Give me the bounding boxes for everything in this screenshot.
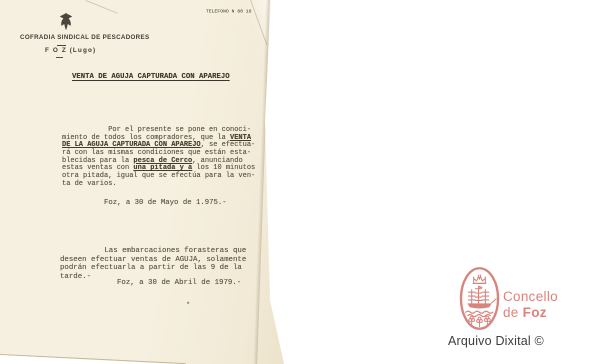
watermark-org-name: Concello de Foz bbox=[503, 289, 558, 321]
eagle-crest-icon bbox=[59, 11, 73, 32]
notice-paragraph-1: Por el presente se pone en conoci-miento… bbox=[62, 127, 255, 188]
letterhead-phone: TELEFONO N 80 18 bbox=[206, 9, 252, 14]
paper-crease bbox=[86, 0, 118, 14]
paper-edge bbox=[253, 0, 270, 364]
paper-edge bbox=[0, 354, 186, 364]
letterhead-divider bbox=[57, 45, 66, 46]
watermark-line2-prefix: de bbox=[503, 305, 523, 320]
archive-scan-view: COFRADIA SINDICAL DE PESCADORES F O Z (L… bbox=[0, 0, 600, 364]
trees-icon bbox=[469, 316, 490, 327]
date-line-1979: Foz, a 30 de Abril de 1979.- bbox=[117, 279, 241, 287]
watermark-line1: Concello bbox=[503, 289, 558, 304]
letterhead-underline bbox=[56, 57, 63, 58]
concello-de-foz-badge-icon bbox=[459, 266, 500, 331]
watermark-line2-bold: Foz bbox=[523, 305, 547, 320]
notice-paragraph-2: Las embarcaciones forasteras quedeseen e… bbox=[60, 247, 246, 281]
letterhead-place: F O Z (Lugo) bbox=[45, 47, 96, 54]
waves-icon bbox=[466, 311, 493, 317]
document-page: COFRADIA SINDICAL DE PESCADORES F O Z (L… bbox=[0, 0, 300, 364]
document-title: VENTA DE AGUJA CAPTURADA CON APAREJO bbox=[72, 73, 230, 81]
crown-icon bbox=[473, 275, 486, 284]
letterhead-org-name: COFRADIA SINDICAL DE PESCADORES bbox=[20, 34, 149, 41]
date-line-1975: Foz, a 30 de Mayo de 1.975.- bbox=[104, 199, 227, 207]
archive-caption: Arquivo Dixital © bbox=[448, 334, 544, 348]
footnote-mark: * bbox=[186, 302, 190, 310]
ship-icon bbox=[467, 286, 496, 308]
